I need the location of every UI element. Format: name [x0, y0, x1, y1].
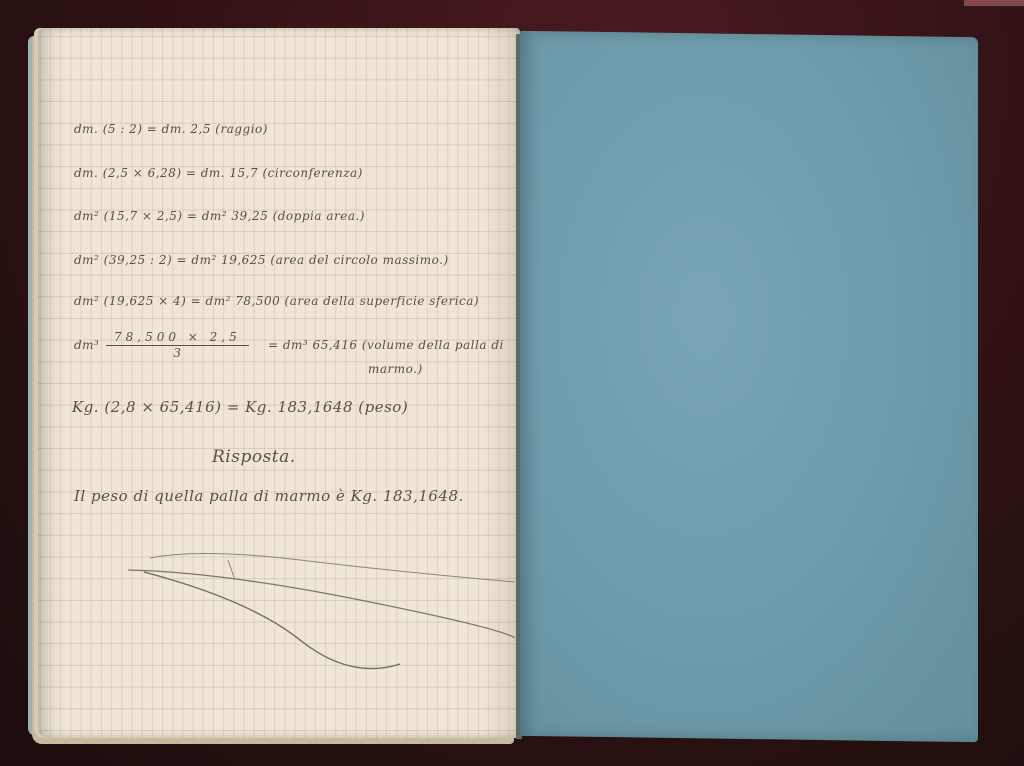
volume-result-cont: marmo.): [368, 362, 423, 376]
calc-line-radius: dm. (5 : 2) = dm. 2,5 (raggio): [74, 122, 268, 136]
photo-scene: dm. (5 : 2) = dm. 2,5 (raggio) dm. (2,5 …: [0, 0, 1024, 766]
notebook-blue-cover: [520, 31, 978, 742]
volume-numerator: 78,500 × 2,5: [106, 330, 249, 346]
calc-line-circle-area: dm² (39,25 : 2) = dm² 19,625 (area del c…: [74, 253, 449, 267]
calc-line-double-area: dm² (15,7 × 2,5) = dm² 39,25 (doppia are…: [74, 209, 365, 223]
answer-text: Il peso di quella palla di marmo è Kg. 1…: [74, 487, 464, 505]
volume-denominator: 3: [106, 346, 249, 360]
calc-line-circumference: dm. (2,5 × 6,28) = dm. 15,7 (circonferen…: [74, 166, 363, 180]
desk-reflection: [964, 0, 1024, 6]
volume-prefix: dm³: [74, 338, 99, 352]
volume-fraction: 78,500 × 2,5 3: [106, 330, 249, 360]
calc-line-sphere-surface: dm² (19,625 × 4) = dm² 78,500 (area dell…: [74, 294, 479, 308]
calc-line-weight: Kg. (2,8 × 65,416) = Kg. 183,1648 (peso): [72, 398, 408, 416]
volume-result: = dm³ 65,416 (volume della palla di: [268, 338, 504, 352]
pencil-sketch-curves: [100, 530, 520, 680]
answer-heading: Risposta.: [212, 447, 296, 467]
